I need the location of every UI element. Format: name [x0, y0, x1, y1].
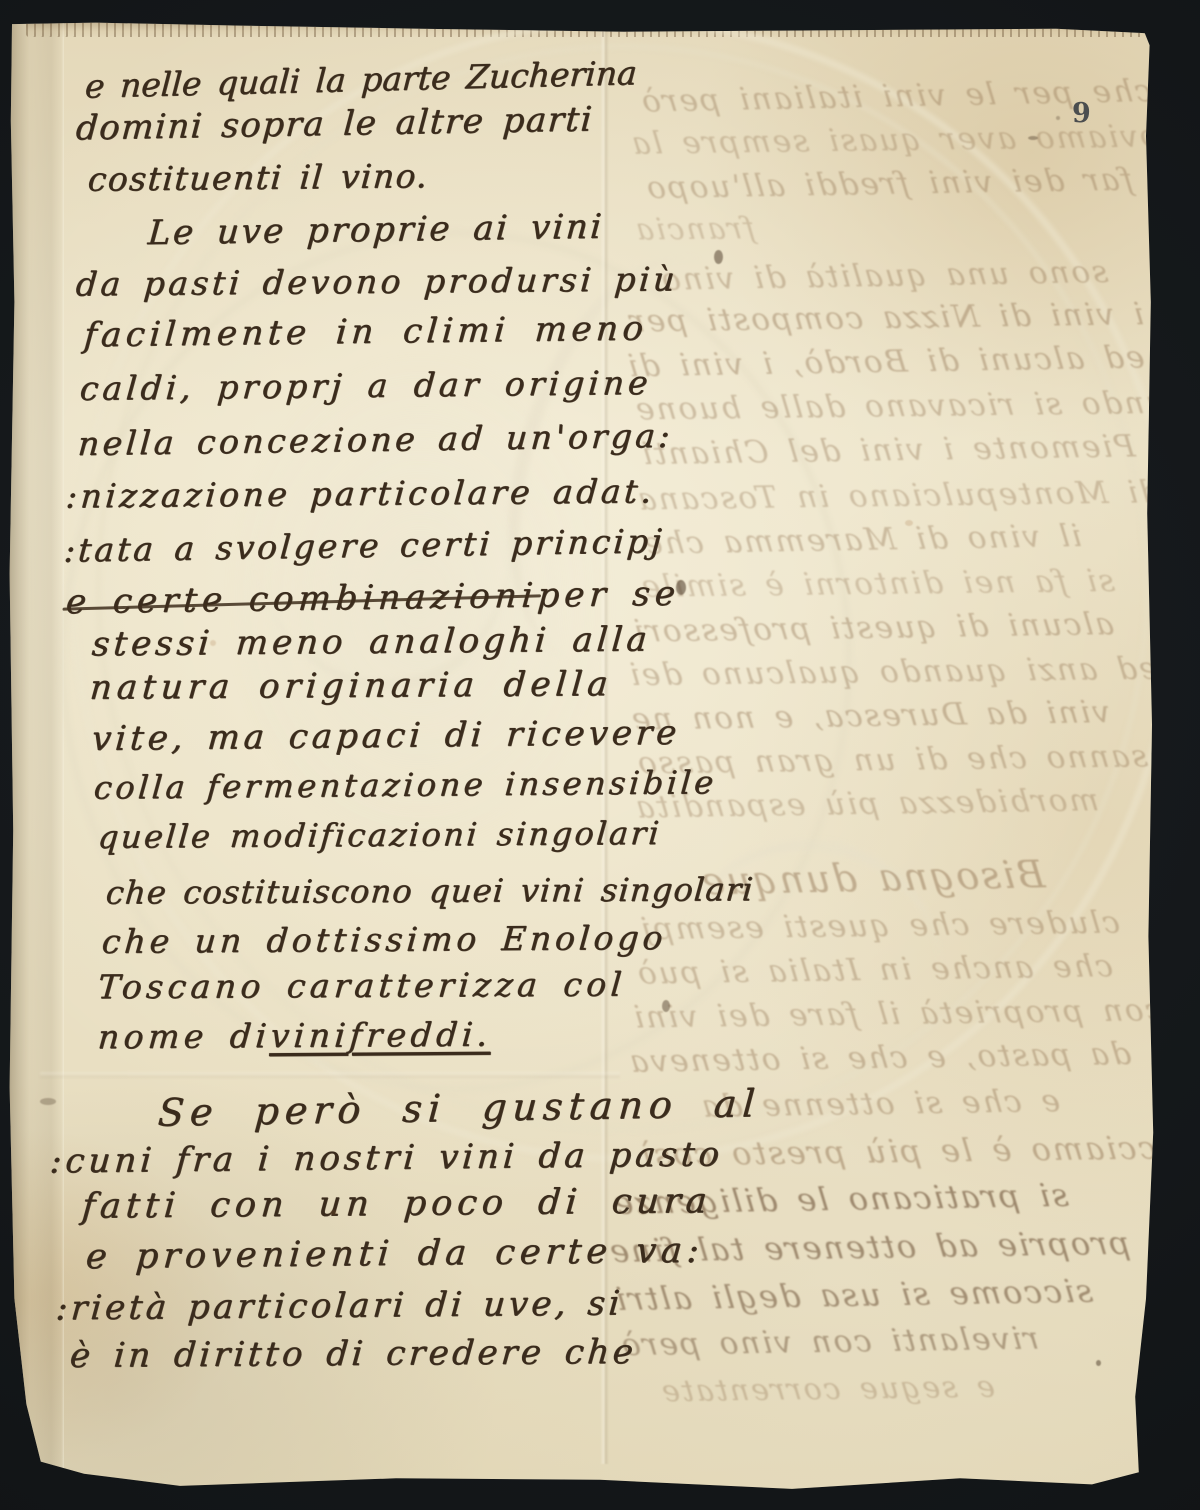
manuscript-line: nella concezione ad un'orga: — [77, 416, 675, 463]
bleedthrough-line: si fa nei dintorni è simile — [638, 563, 1116, 605]
ink-speck — [676, 580, 686, 595]
ink-speck — [40, 1098, 56, 1105]
struck-text: e certe combinazioni — [65, 576, 539, 623]
text-run: che costituiscono quei vini singolari — [104, 870, 755, 911]
bleedthrough-line: francia — [632, 211, 756, 247]
bleedthrough-line: di Montepulciano in Toscana — [634, 474, 1161, 517]
ink-speck — [330, 1210, 337, 1215]
manuscript-page: anche per le vini italiani peròtroviamo … — [0, 0, 1200, 1510]
ink-speck — [210, 640, 216, 646]
page-number-stamp: 9 — [1072, 98, 1092, 129]
bleedthrough-line: troviamo aver quasi sempre la — [628, 118, 1191, 162]
text-run: Le uve proprie ai vini — [147, 207, 606, 253]
text-run: :nizzazione particolare adat. — [64, 471, 656, 515]
text-run: e nelle quali la parte Zucherina — [84, 53, 638, 106]
manuscript-line: quelle modificazioni singolari — [96, 814, 662, 856]
manuscript-line: Toscano caratterizza col — [96, 965, 627, 1007]
bleedthrough-line: e segue correntate — [658, 1370, 996, 1410]
text-run: facilmente in climi meno — [83, 309, 649, 356]
text-run: nella concezione ad un'orga: — [77, 416, 675, 463]
text-run: Toscano caratterizza col — [96, 965, 627, 1007]
text-run: domini sopra le altre parti — [75, 99, 595, 148]
bleedthrough-line: sono una qualità di vino — [658, 254, 1110, 298]
manuscript-line: da pasti devono prodursi più — [74, 259, 679, 303]
manuscript-line: stessi meno analoghi alla — [90, 620, 652, 665]
ink-speck — [714, 250, 723, 264]
text-run: Se però si gustano al — [156, 1081, 762, 1135]
text-run: :cuni fra i nostri vini da pasto — [48, 1134, 724, 1181]
text-run: e provenienti da certe va: — [84, 1231, 705, 1278]
photo-backdrop: anche per le vini italiani peròtroviamo … — [0, 0, 1200, 1510]
bleedthrough-line: ed alcuni di Bordò, i vini di — [624, 340, 1146, 385]
manuscript-line: facilmente in climi meno — [83, 309, 649, 356]
ink-speck — [1096, 1360, 1101, 1366]
manuscript-line: nome di vini freddi. — [96, 1015, 493, 1057]
bleedthrough-line: siccome si usa degli altri — [612, 1272, 1094, 1318]
bleedthrough-line: alcuni di questi professori — [630, 606, 1115, 650]
text-run: per se — [536, 574, 681, 616]
text-run: :rietà particolari di uve, si — [54, 1284, 624, 1329]
manuscript-line: fatti con un poco di cura — [80, 1181, 713, 1227]
underlined-text: freddi. — [348, 1015, 493, 1055]
binding-gutter — [6, 0, 64, 1510]
ink-speck — [662, 1000, 670, 1012]
text-run: vite, ma capaci di ricevere — [90, 713, 681, 759]
manuscript-line: e nelle quali la parte Zucherina — [84, 53, 638, 106]
bleedthrough-line: quando si ricavano dalle buone — [632, 385, 1200, 428]
manuscript-line: Le uve proprie ai vini — [147, 207, 606, 253]
bleedthrough-line: che anche in Italia si può — [634, 948, 1114, 991]
text-run: costituenti il vino. — [87, 156, 431, 199]
text-run: è in diritto di credere che — [68, 1332, 638, 1376]
manuscript-line: :cuni fra i nostri vini da pasto — [48, 1134, 724, 1181]
page-top-edge — [26, 22, 1148, 37]
text-run: fatti con un poco di cura — [80, 1181, 713, 1227]
text-run: da pasti devono prodursi più — [74, 259, 679, 303]
manuscript-line: è in diritto di credere che — [68, 1332, 638, 1376]
underlined-text: vini — [269, 1016, 351, 1056]
bleedthrough-line: vini da Duresca, e non ne — [628, 694, 1111, 737]
horizontal-crease — [40, 1072, 620, 1078]
text-run: colla fermentazione insensibile — [93, 763, 719, 806]
manuscript-line: :nizzazione particolare adat. — [64, 471, 656, 515]
bleedthrough-line: far dei vini freddi all'uopo — [643, 162, 1135, 206]
manuscript-line: costituenti il vino. — [87, 156, 431, 199]
bleedthrough-line: da pasto, e che si otteneva — [626, 1036, 1133, 1080]
bleedthrough-line: il vino di Maremma che — [640, 518, 1083, 562]
text-run: natura originaria della — [88, 664, 614, 708]
manuscript-line: Se però si gustano al — [156, 1081, 762, 1135]
bleedthrough-line: in Piemonte i vini del Chianti — [638, 428, 1188, 473]
manuscript-line: natura originaria della — [88, 664, 614, 708]
manuscript-line: che costituiscono quei vini singolari — [104, 870, 755, 911]
manuscript-line: :rietà particolari di uve, si — [54, 1284, 624, 1329]
manuscript-line: domini sopra le altre parti — [75, 99, 595, 148]
bleedthrough-line: anche per le vini italiani però — [638, 72, 1196, 120]
ink-speck — [905, 520, 913, 526]
bleedthrough-line: i vini di Nizza composti per — [626, 296, 1145, 339]
ink-speck — [1028, 136, 1038, 140]
bleedthrough-line: con proprietà il fare dei vini — [630, 992, 1164, 1035]
bleedthrough-line: ed anzi quando qualcuno dei — [626, 651, 1159, 693]
bleedthrough-line: rivelanti con vino però — [618, 1321, 1040, 1364]
manuscript-line: caldi, proprj a dar origine — [79, 363, 654, 408]
text-run: stessi meno analoghi alla — [90, 620, 652, 665]
manuscript-line: vite, ma capaci di ricevere — [90, 713, 681, 759]
manuscript-line: colla fermentazione insensibile — [93, 763, 719, 806]
text-run: che un dottissimo Enologo — [100, 918, 668, 961]
text-run: caldi, proprj a dar origine — [79, 363, 654, 408]
manuscript-line: che un dottissimo Enologo — [100, 918, 668, 961]
manuscript-line: e provenienti da certe va: — [84, 1231, 705, 1278]
ink-speck — [1056, 116, 1060, 120]
text-run: quelle modificazioni singolari — [96, 814, 662, 856]
text-run: nome di — [96, 1016, 272, 1056]
bleedthrough-line: cludere che questi esempj — [638, 905, 1121, 948]
